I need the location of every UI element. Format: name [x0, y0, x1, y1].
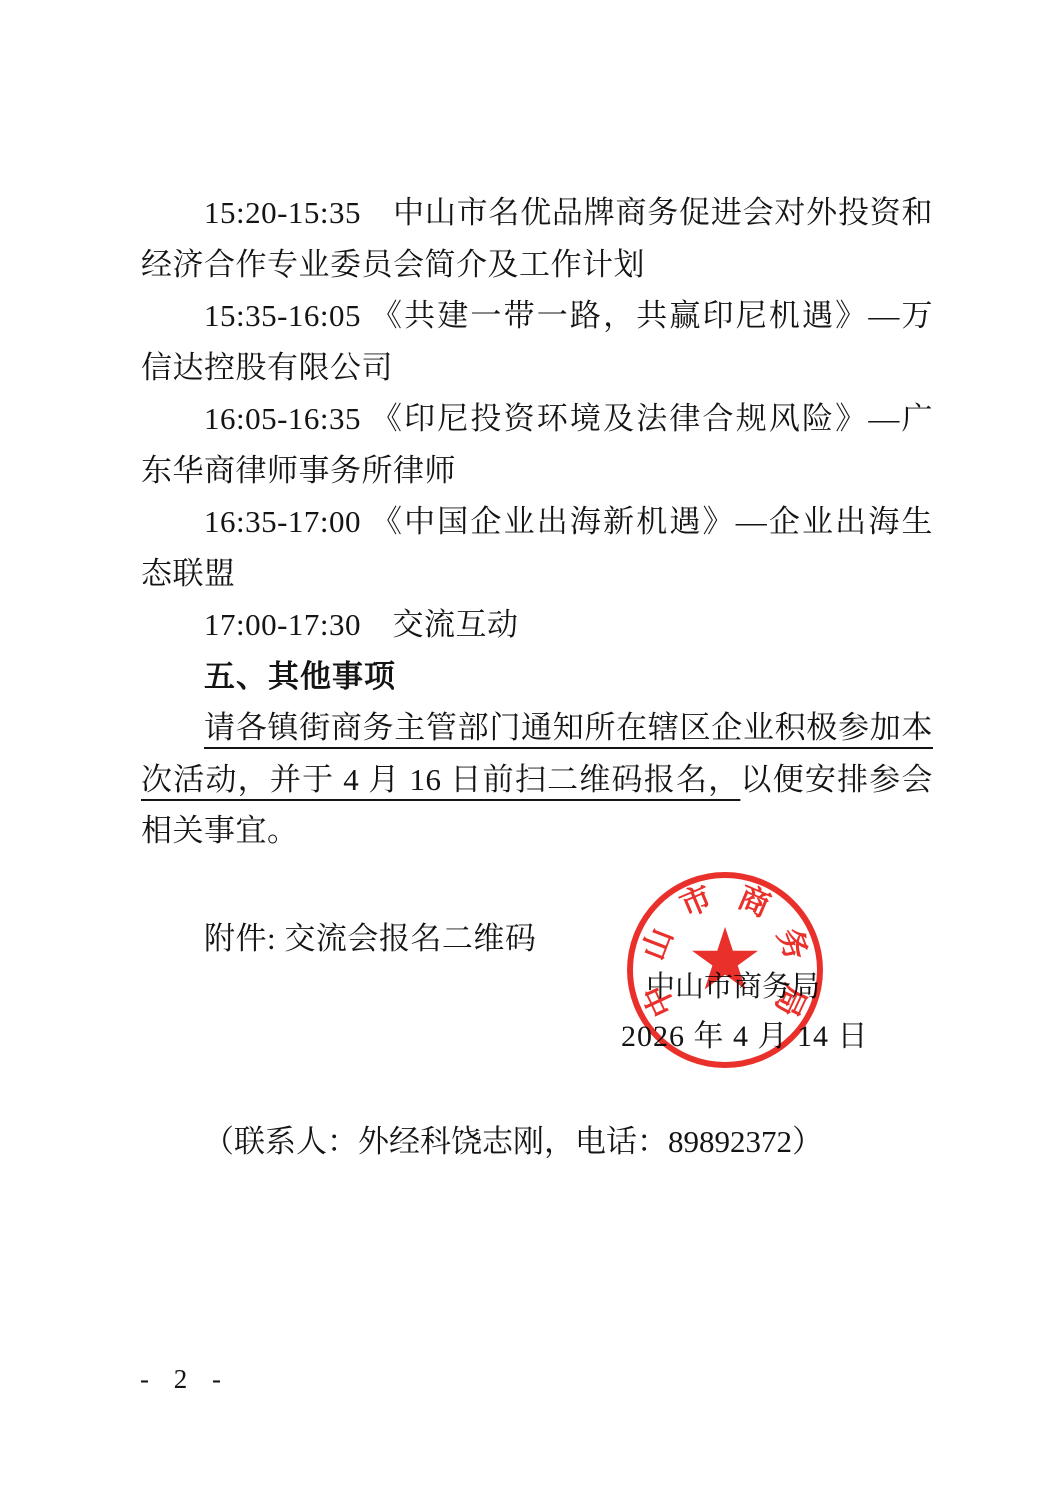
official-seal: ★ 中 山 市 商 务 局 [627, 872, 823, 1068]
schedule-item: 15:35-16:05 《共建一带一路，共赢印尼机遇》—万信达控股有限公司 [141, 290, 933, 393]
schedule-item: 17:00-17:30 交流互动 [141, 599, 933, 651]
schedule-item: 15:20-15:35 中山市名优品牌商务促进会对外投资和经济合作专业委员会简介… [141, 187, 933, 290]
document-page: 15:20-15:35 中山市名优品牌商务促进会对外投资和经济合作专业委员会简介… [0, 0, 1060, 1500]
document-body: 15:20-15:35 中山市名优品牌商务促进会对外投资和经济合作专业委员会简介… [141, 187, 933, 964]
notice-paragraph: 请各镇街商务主管部门通知所在辖区企业积极参加本次活动，并于 4 月 16 日前扫… [141, 702, 933, 857]
contact-line: （联系人：外经科饶志刚，电话：89892372） [203, 1124, 823, 1160]
page-number: - 2 - [140, 1364, 230, 1395]
schedule-item: 16:05-16:35 《印尼投资环境及法律合规风险》—广东华商律师事务所律师 [141, 393, 933, 496]
schedule-item: 16:35-17:00 《中国企业出海新机遇》—企业出海生态联盟 [141, 496, 933, 599]
seal-star-icon: ★ [686, 917, 763, 1003]
section-heading: 五、其他事项 [141, 651, 933, 703]
